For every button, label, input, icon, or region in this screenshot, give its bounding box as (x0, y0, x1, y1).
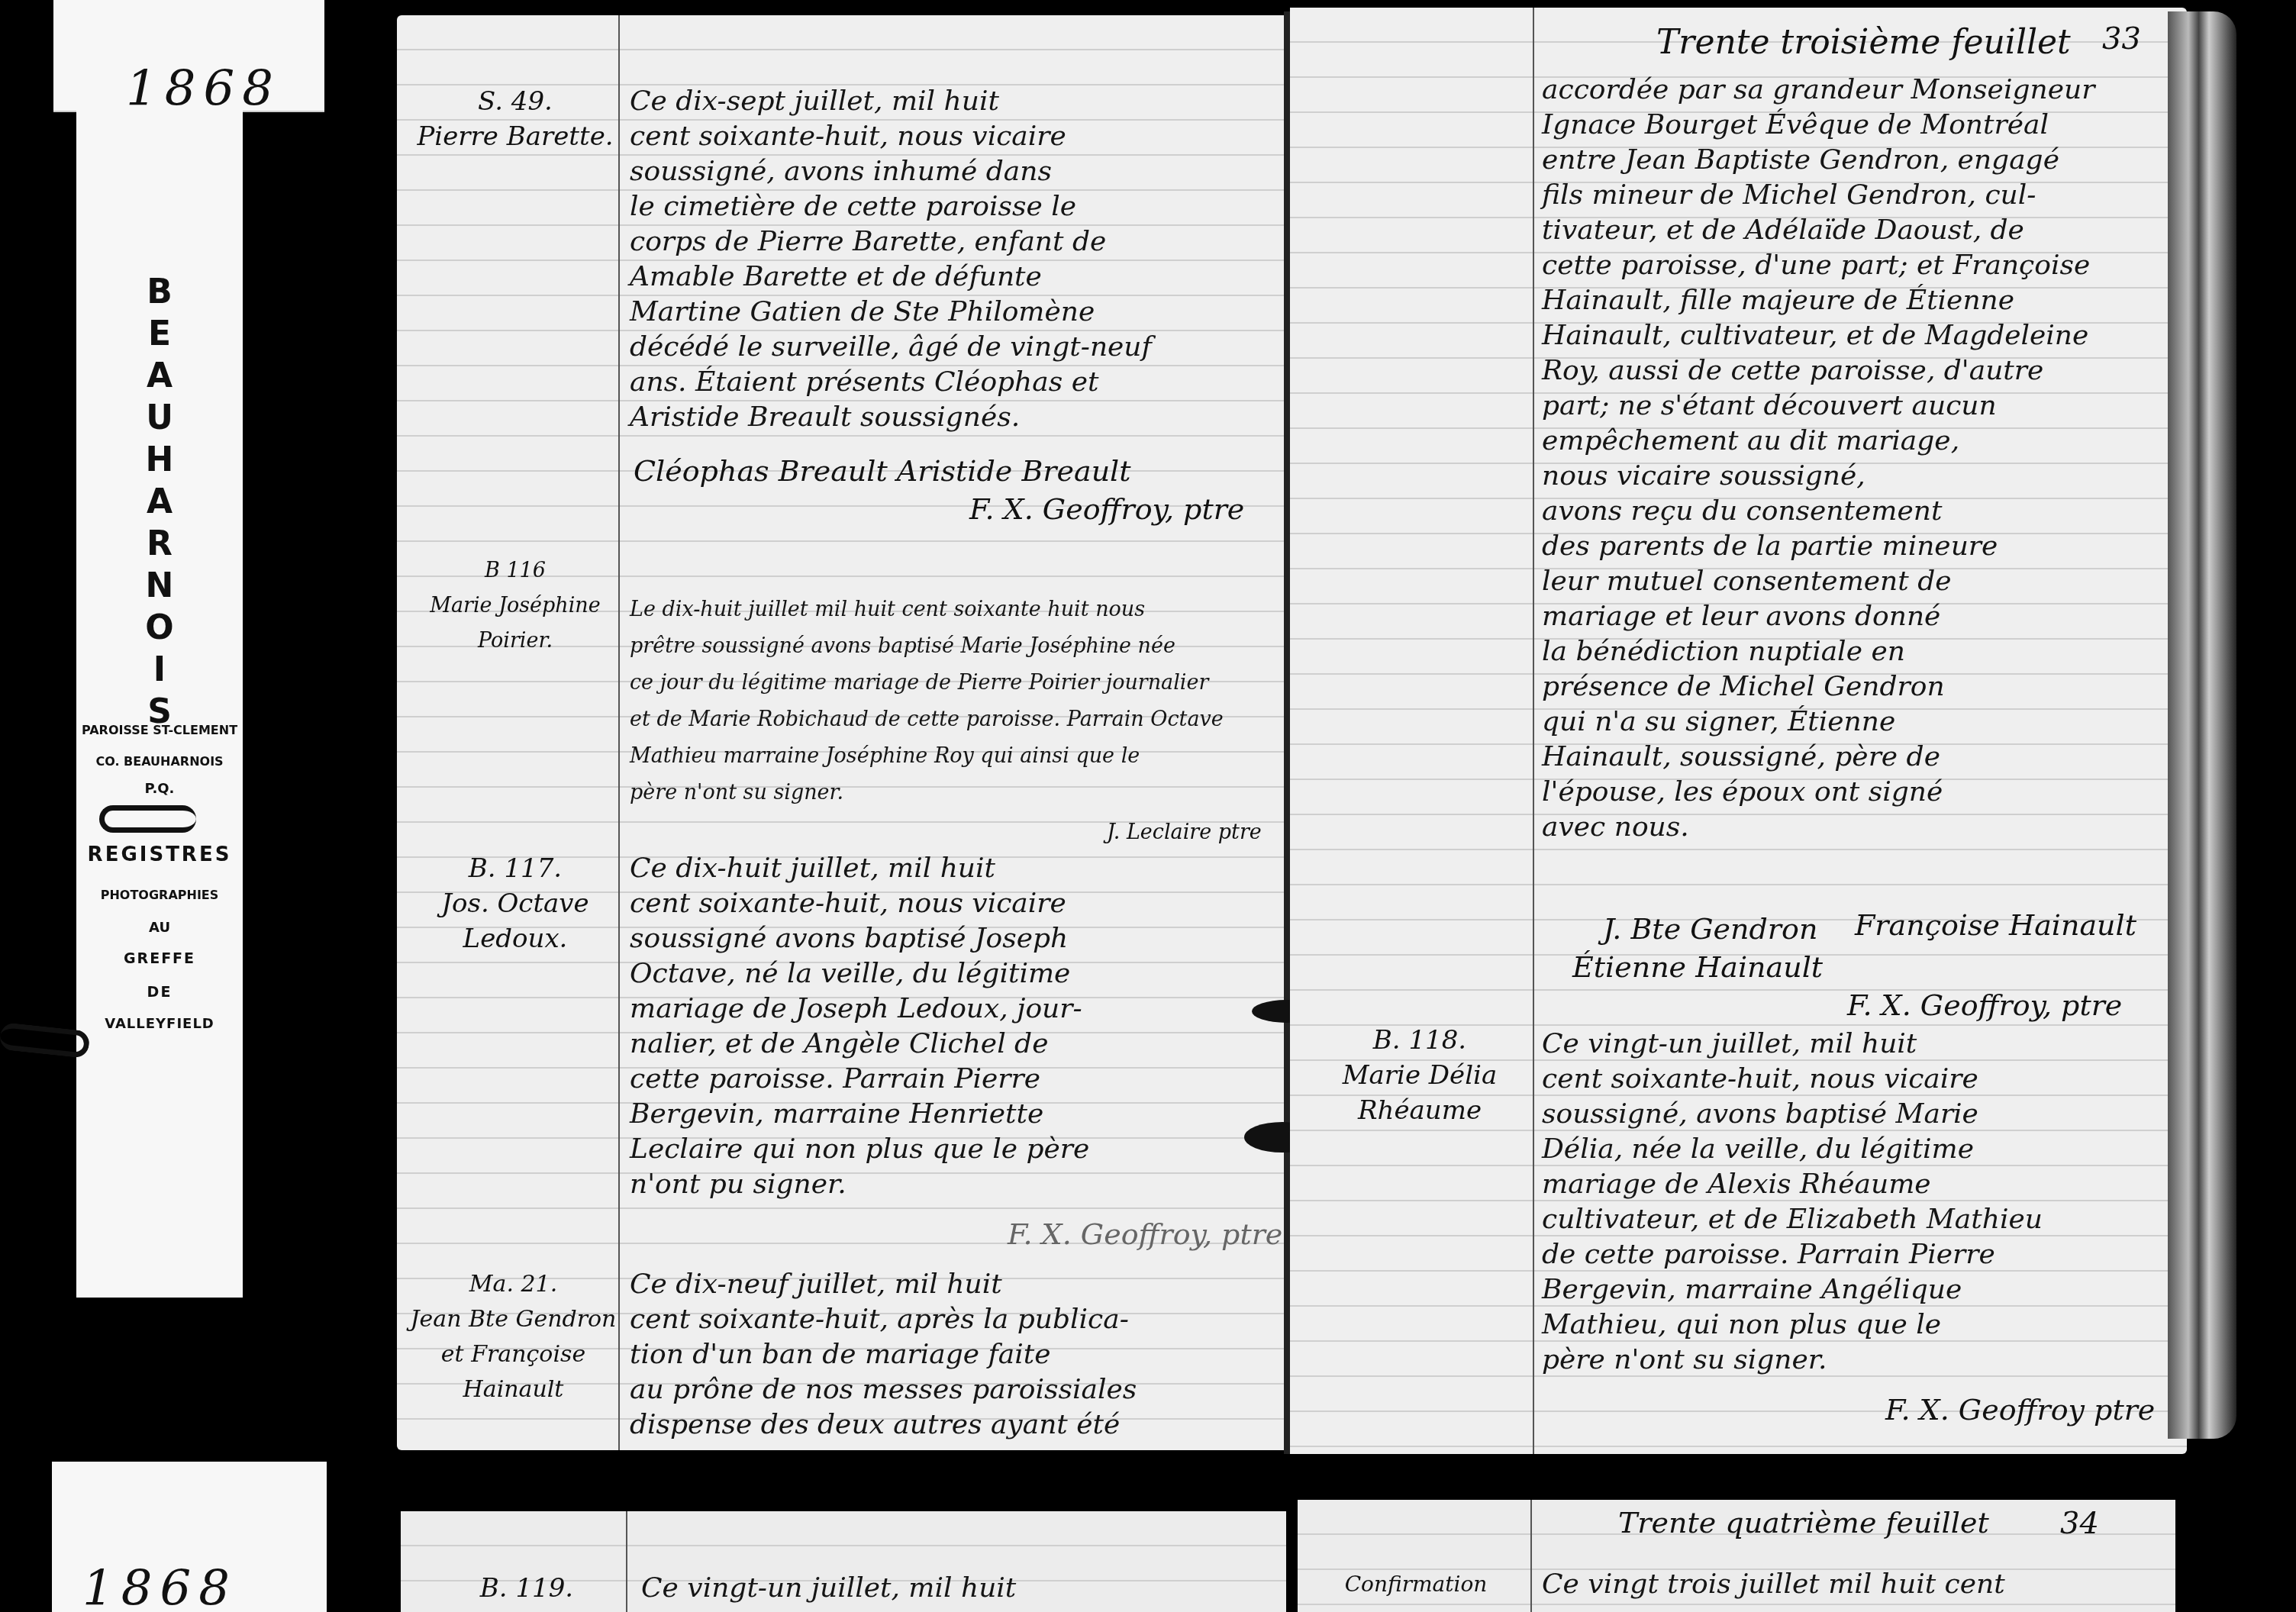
text-line: Ce dix-sept juillet, mil huit (630, 84, 1152, 119)
text-line: cent soixante-huit, nous vicaire (630, 119, 1152, 154)
entry-margin-note: S. 49. Pierre Barette. (412, 84, 618, 154)
year-tab: 1868 (53, 0, 324, 112)
text-line: au prône de nos messes paroissiales (630, 1372, 1137, 1407)
text-line: père n'ont su signer. (1542, 1343, 2043, 1378)
entry-id: B. 117. (412, 851, 618, 886)
title-letter: H (76, 439, 243, 481)
margin-rule (626, 1511, 627, 1612)
text-line: nous vicaire soussigné, (1542, 459, 2094, 494)
left-page: S. 49. Pierre Barette. Ce dix-sept juill… (397, 15, 1286, 1450)
text-line: soussigné avons baptisé Joseph (630, 921, 1089, 956)
text-line: fils mineur de Michel Gendron, cul- (1542, 178, 2094, 213)
valleyfield-label: VALLEYFIELD (76, 1016, 243, 1032)
text-line: corps de Pierre Barette, enfant de (630, 224, 1152, 260)
title-letter: R (76, 523, 243, 565)
father-signature: Étienne Hainault (1572, 950, 1823, 984)
entry-id: B. 118. (1309, 1023, 1530, 1058)
priest-signature: F. X. Geoffroy, ptre (1008, 1217, 1282, 1251)
text-line: Leclaire qui non plus que le père (630, 1132, 1089, 1167)
margin-rule (618, 15, 620, 1450)
entry-id: S. 49. (412, 84, 618, 119)
text-line: n'ont pu signer. (630, 1167, 1089, 1202)
de-label: DE (76, 984, 243, 1001)
text-line: décédé le surveille, âgé de vingt-neuf (630, 330, 1152, 365)
margin-rule (1530, 1500, 1532, 1612)
title-letter: O (76, 607, 243, 649)
entry-id: Ma. 21. (405, 1267, 622, 1302)
greffe-label: GREFFE (76, 950, 243, 967)
text-line: ce jour du légitime mariage de Pierre Po… (630, 665, 1224, 701)
text-line: Hainault, fille majeure de Étienne (1542, 283, 2094, 318)
page-header: Trente quatrième feuillet (1618, 1506, 1989, 1539)
text-line: cette paroisse, d'une part; et Françoise (1542, 248, 2094, 283)
text-line: l'épouse, les époux ont signé (1542, 775, 2094, 810)
text-line: le cimetière de cette paroisse le (630, 189, 1152, 224)
text-line: cent soixante-huit, nous vicaire (630, 886, 1089, 921)
entry-name: Marie Joséphine Poirier. (412, 588, 618, 659)
text-line: tion d'un ban de mariage faite (630, 1337, 1137, 1372)
priest-signature: F. X. Geoffroy, ptre (969, 492, 1244, 526)
margin-rule (1533, 8, 1534, 1454)
title-letter: B (76, 271, 243, 313)
next-left-page: B. 119. Ce vingt-un juillet, mil huit (401, 1511, 1286, 1612)
text-line: cent soixante-huit, nous vicaire (1542, 1062, 2043, 1097)
text-line: père n'ont su signer. (630, 775, 1224, 811)
entry-text: Ce dix-sept juillet, mil huit cent soixa… (630, 84, 1152, 435)
folio-number: 33 (2102, 21, 2141, 56)
text-line: avons reçu du consentement (1542, 494, 2094, 529)
entry-first-line: Ce vingt-un juillet, mil huit (641, 1571, 1016, 1606)
text-line: Hainault, cultivateur, et de Magdeleine (1542, 318, 2094, 353)
text-line: prêtre soussigné avons baptisé Marie Jos… (630, 628, 1224, 665)
text-line: Bergevin, marraine Henriette (630, 1097, 1089, 1132)
entry-margin-note: Confirmation (1305, 1567, 1527, 1602)
text-line: Hainault, soussigné, père de (1542, 740, 2094, 775)
groom-signature: J. Bte Gendron (1603, 912, 1817, 946)
title-letter: I (76, 649, 243, 691)
text-line: Roy, aussi de cette paroisse, d'autre (1542, 353, 2094, 388)
priest-signature: F. X. Geoffroy, ptre (1847, 988, 2122, 1022)
text-line: des parents de la partie mineure (1542, 529, 2094, 564)
right-page: Trente troisième feuillet 33 accordée pa… (1290, 8, 2187, 1454)
parish-label: PAROISSE ST-CLEMENT (76, 723, 243, 737)
title-letter: A (76, 355, 243, 397)
text-line: soussigné, avons inhumé dans (630, 154, 1152, 189)
title-letter: U (76, 397, 243, 439)
entry-text: Ce dix-huit juillet, mil huit cent soixa… (630, 851, 1089, 1202)
title-letter: A (76, 481, 243, 523)
priest-signature: F. X. Geoffroy ptre (1885, 1393, 2155, 1427)
text-line: part; ne s'étant découvert aucun (1542, 388, 2094, 424)
page-header: Trente troisième feuillet (1656, 23, 2071, 62)
text-line: la bénédiction nuptiale en (1542, 634, 2094, 669)
vertical-title: B E A U H A R N O I S (76, 271, 243, 733)
text-line: tivateur, et de Adélaïde Daoust, de (1542, 213, 2094, 248)
next-right-page: Trente quatrième feuillet 34 Confirmatio… (1298, 1500, 2175, 1612)
text-line: cent soixante-huit, après la publica- (630, 1302, 1137, 1337)
text-line: présence de Michel Gendron (1542, 669, 2094, 704)
text-line: empêchement au dit mariage, (1542, 424, 2094, 459)
text-line: Délia, née la veille, du légitime (1542, 1132, 2043, 1167)
text-line: Le dix-huit juillet mil huit cent soixan… (630, 592, 1224, 628)
text-line: qui n'a su signer, Étienne (1542, 704, 2094, 740)
title-letter: E (76, 313, 243, 355)
entry-margin-note: Ma. 21. Jean Bte Gendron et Françoise Ha… (405, 1267, 622, 1407)
text-line: de cette paroisse. Parrain Pierre (1542, 1237, 2043, 1272)
county-label: CO. BEAUHARNOIS (76, 754, 243, 769)
entry-id: B. 119. (431, 1571, 622, 1606)
paperclip-icon (99, 805, 196, 833)
entry-text: accordée par sa grandeur Monseigneur Ign… (1542, 73, 2094, 845)
text-line: mariage de Alexis Rhéaume (1542, 1167, 2043, 1202)
text-line: cette paroisse. Parrain Pierre (630, 1062, 1089, 1097)
text-line: accordée par sa grandeur Monseigneur (1542, 73, 2094, 108)
text-line: Mathieu, qui non plus que le (1542, 1307, 2043, 1343)
entry-margin-note: B. 117. Jos. Octave Ledoux. (412, 851, 618, 956)
text-line: Aristide Breault soussignés. (630, 400, 1152, 435)
entry-text: Ce vingt-un juillet, mil huit cent soixa… (1542, 1027, 2043, 1378)
entry-name: Pierre Barette. (412, 119, 618, 154)
text-line: Ce dix-neuf juillet, mil huit (630, 1267, 1137, 1302)
text-line: entre Jean Baptiste Gendron, engagé (1542, 143, 2094, 178)
text-line: Amable Barette et de défunte (630, 260, 1152, 295)
page-edges (2168, 11, 2236, 1439)
text-line: ans. Étaient présents Cléophas et (630, 365, 1152, 400)
text-line: nalier, et de Angèle Clichel de (630, 1027, 1089, 1062)
entry-margin-note: B 116 Marie Joséphine Poirier. (412, 553, 618, 659)
entry-first-line: Ce vingt trois juillet mil huit cent (1542, 1567, 2005, 1602)
entry-name: Jean Bte Gendron et Françoise Hainault (405, 1302, 622, 1407)
entry-name: Marie Délia Rhéaume (1309, 1058, 1530, 1128)
year-label: 1868 (82, 1561, 237, 1612)
entry-margin-note: B. 118. Marie Délia Rhéaume (1309, 1023, 1530, 1128)
registres-label: REGISTRES (76, 843, 243, 866)
text-line: Martine Gatien de Ste Philomène (630, 295, 1152, 330)
au-label: AU (76, 920, 243, 936)
folio-number: 34 (2060, 1506, 2099, 1541)
year-label: 1868 (126, 61, 281, 118)
next-year-tab: 1868 (52, 1462, 327, 1612)
entry-id: B 116 (412, 553, 618, 588)
text-line: Ce vingt-un juillet, mil huit (1542, 1027, 2043, 1062)
entry-name: Jos. Octave Ledoux. (412, 886, 618, 956)
text-line: Bergevin, marraine Angélique (1542, 1272, 2043, 1307)
text-line: Ignace Bourget Évêque de Montréal (1542, 108, 2094, 143)
text-line: Mathieu marraine Joséphine Roy qui ainsi… (630, 738, 1224, 775)
text-line: soussigné, avons baptisé Marie (1542, 1097, 2043, 1132)
entry-text: Le dix-huit juillet mil huit cent soixan… (630, 592, 1224, 811)
text-line: avec nous. (1542, 810, 2094, 845)
archive-label-strip: B E A U H A R N O I S PAROISSE ST-CLEMEN… (76, 111, 243, 1298)
text-line: cultivateur, et de Elizabeth Mathieu (1542, 1202, 2043, 1237)
bride-signature: Françoise Hainault (1855, 908, 2136, 942)
text-line: leur mutuel consentement de (1542, 564, 2094, 599)
text-line: dispense des deux autres ayant été (630, 1407, 1137, 1443)
photographies-label: PHOTOGRAPHIES (76, 888, 243, 902)
province-label: P.Q. (76, 781, 243, 797)
priest-signature: J. Leclaire ptre (1107, 821, 1262, 844)
text-line: et de Marie Robichaud de cette paroisse.… (630, 701, 1224, 738)
text-line: Ce dix-huit juillet, mil huit (630, 851, 1089, 886)
entry-text: Ce dix-neuf juillet, mil huit cent soixa… (630, 1267, 1137, 1443)
text-line: mariage de Joseph Ledoux, jour- (630, 991, 1089, 1027)
witness-signatures: Cléophas Breault Aristide Breault (634, 454, 1131, 488)
title-letter: N (76, 565, 243, 607)
text-line: Octave, né la veille, du légitime (630, 956, 1089, 991)
text-line: mariage et leur avons donné (1542, 599, 2094, 634)
